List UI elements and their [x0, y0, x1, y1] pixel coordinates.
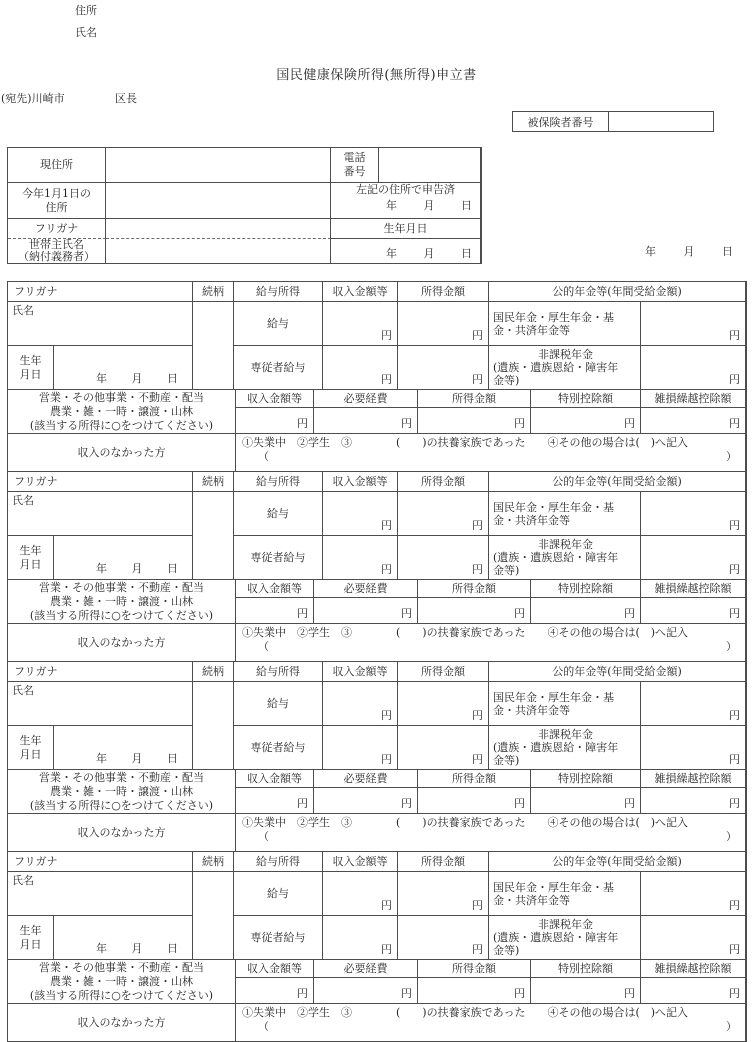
family-salary-earnings-amount: 円: [398, 726, 489, 770]
no-income-options: ①失業中 ②学生 ③ ( )の扶養家族であった ④その他の場合は( )へ記入: [242, 436, 739, 450]
day-label: 日: [167, 372, 178, 386]
business-expense-header: 必要経費: [314, 580, 418, 598]
income-amount-header: 収入金額等: [323, 662, 398, 682]
member-name-cell: 氏名: [8, 492, 193, 536]
public-pension-amount: 円: [641, 492, 746, 536]
yen-suffix: 円: [381, 329, 392, 343]
yen-suffix: 円: [729, 753, 740, 767]
business-expense-amount: 円: [314, 408, 418, 434]
yen-suffix: 円: [729, 899, 740, 913]
yen-suffix: 円: [381, 709, 392, 723]
yen-suffix: 円: [381, 519, 392, 533]
relation-value: [193, 682, 234, 770]
business-expense-header: 必要経費: [314, 770, 418, 788]
yen-suffix: 円: [514, 417, 525, 431]
family-salary-label: 専従者給与: [234, 916, 323, 960]
tax-exempt-pension-label: 非課税年金 (遺族・遺族恩給・障害年 金等): [489, 346, 641, 390]
addressee-role: 区長: [115, 92, 137, 106]
tax-exempt-pension-amount: 円: [641, 726, 746, 770]
business-income-amount: 円: [236, 408, 314, 434]
tax-exempt-pension-amount: 円: [641, 346, 746, 390]
business-income-amount: 円: [236, 978, 314, 1004]
relation-header: 続柄: [193, 662, 234, 682]
relation-header: 続柄: [193, 472, 234, 492]
birthdate-label: 生年 月日: [8, 726, 54, 770]
pension-header: 公的年金等(年間受給金額): [489, 852, 746, 872]
declared-at-left-address-cell: 左記の住所で申告済 年 月 日: [331, 183, 481, 219]
member-name-cell: 氏名: [8, 872, 193, 916]
yen-suffix: 円: [401, 417, 412, 431]
furigana-header: フリガナ: [8, 282, 193, 302]
form-date-line: 年 月 日: [645, 243, 733, 259]
yen-suffix: 円: [401, 987, 412, 1001]
business-earnings-amount: 円: [418, 788, 531, 814]
no-income-label: 収入のなかった方: [8, 1004, 236, 1021]
salary-income-header: 給与所得: [234, 282, 323, 302]
yen-suffix: 円: [729, 943, 740, 957]
day-label: 日: [461, 247, 472, 261]
income-amount-header: 収入金額等: [323, 472, 398, 492]
public-pension-label: 国民年金・厚生年金・基 金・共済年金等: [489, 492, 641, 536]
family-salary-earnings-amount: 円: [398, 916, 489, 960]
year-label: 年: [96, 372, 107, 386]
paren-close: ）: [726, 640, 737, 654]
salary-income-amount: 円: [323, 872, 398, 916]
business-income-label: 営業・その他事業・不動産・配当 農業・雑・一時・譲渡・山林 (該当する所得に○を…: [8, 960, 236, 1004]
no-income-options: ①失業中 ②学生 ③ ( )の扶養家族であった ④その他の場合は( )へ記入: [242, 816, 739, 830]
relation-value: [193, 302, 234, 390]
member-income-block: フリガナ 続柄 給与所得 収入金額等 所得金額 公的年金等(年間受給金額) 氏名…: [8, 282, 746, 472]
family-salary-earnings-amount: 円: [398, 536, 489, 580]
tax-exempt-pension-detail: (遺族・遺族恩給・障害年 金等): [493, 551, 638, 577]
year-label: 年: [96, 942, 107, 956]
no-income-options-cell: ①失業中 ②学生 ③ ( )の扶養家族であった ④その他の場合は( )へ記入 （…: [236, 624, 746, 662]
loss-carryover-amount: 円: [641, 788, 746, 814]
year-label: 年: [386, 247, 397, 261]
insured-number-value: [609, 112, 713, 131]
salary-income-header: 給与所得: [234, 472, 323, 492]
tax-exempt-pension-label: 非課税年金 (遺族・遺族恩給・障害年 金等): [489, 536, 641, 580]
yen-suffix: 円: [297, 987, 308, 1001]
yen-suffix: 円: [381, 373, 392, 387]
member-income-block: フリガナ 続柄 給与所得 収入金額等 所得金額 公的年金等(年間受給金額) 氏名…: [8, 852, 746, 1021]
family-salary-income-amount: 円: [323, 726, 398, 770]
business-income-amount-header: 収入金額等: [236, 390, 314, 408]
name-label: 氏名: [75, 26, 97, 40]
year-label: 年: [96, 752, 107, 766]
day-label: 日: [167, 752, 178, 766]
salary-income-header: 給与所得: [234, 852, 323, 872]
jan1-address-value: [106, 183, 331, 219]
special-deduction-header: 特別控除額: [531, 390, 641, 408]
salary-income-amount: 円: [323, 302, 398, 346]
month-label: 月: [132, 942, 143, 956]
tax-exempt-pension-title: 非課税年金: [493, 728, 638, 741]
phone-value: [379, 148, 481, 183]
no-income-options-cell: ①失業中 ②学生 ③ ( )の扶養家族であった ④その他の場合は( )へ記入 （…: [236, 1004, 746, 1021]
tax-exempt-pension-detail: (遺族・遺族恩給・障害年 金等): [493, 741, 638, 767]
yen-suffix: 円: [472, 373, 483, 387]
furigana-label: フリガナ: [8, 219, 106, 239]
business-expense-header: 必要経費: [314, 390, 418, 408]
yen-suffix: 円: [381, 899, 392, 913]
business-earnings-amount: 円: [418, 598, 531, 624]
yen-suffix: 円: [472, 329, 483, 343]
pension-header: 公的年金等(年間受給金額): [489, 282, 746, 302]
business-earnings-amount: 円: [418, 408, 531, 434]
family-salary-label: 専従者給与: [234, 536, 323, 580]
yen-suffix: 円: [729, 329, 740, 343]
no-income-label: 収入のなかった方: [8, 624, 236, 662]
yen-suffix: 円: [401, 607, 412, 621]
special-deduction-header: 特別控除額: [531, 580, 641, 598]
yen-suffix: 円: [624, 797, 635, 811]
business-income-amount: 円: [236, 788, 314, 814]
tax-exempt-pension-amount: 円: [641, 536, 746, 580]
current-address-value: [106, 148, 331, 183]
member-income-block: フリガナ 続柄 給与所得 収入金額等 所得金額 公的年金等(年間受給金額) 氏名…: [8, 662, 746, 852]
business-income-amount-header: 収入金額等: [236, 580, 314, 598]
earnings-header: 所得金額: [398, 662, 489, 682]
paren-close: ）: [726, 450, 737, 464]
birthdate-label: 生年 月日: [8, 916, 54, 960]
public-pension-amount: 円: [641, 872, 746, 916]
business-earnings-header: 所得金額: [418, 580, 531, 598]
no-income-writein: （ ）: [242, 640, 739, 654]
current-address-label: 現住所: [8, 148, 106, 183]
business-income-label: 営業・その他事業・不動産・配当 農業・雑・一時・譲渡・山林 (該当する所得に○を…: [8, 580, 236, 624]
day-label: 日: [461, 199, 472, 213]
family-salary-label: 専従者給与: [234, 346, 323, 390]
business-income-label: 営業・その他事業・不動産・配当 農業・雑・一時・譲渡・山林 (該当する所得に○を…: [8, 770, 236, 814]
addressee-prefix: (宛先)川崎市: [1, 92, 65, 106]
insured-number-box: 被保険者番号: [512, 111, 714, 132]
yen-suffix: 円: [472, 899, 483, 913]
birthdate-label: 生年 月日: [8, 536, 54, 580]
tax-exempt-pension-detail: (遺族・遺族恩給・障害年 金等): [493, 361, 638, 387]
public-pension-amount: 円: [641, 682, 746, 726]
month-label: 月: [684, 243, 695, 259]
birthdate-value: 年 月 日: [54, 726, 193, 770]
birthdate-value: 年 月 日: [54, 916, 193, 960]
form-page: { "page": { "address_label": "住所", "name…: [0, 0, 753, 1021]
furigana-header: フリガナ: [8, 852, 193, 872]
paren-open: （: [258, 640, 269, 654]
month-label: 月: [424, 199, 435, 213]
yen-suffix: 円: [472, 943, 483, 957]
special-deduction-amount: 円: [531, 598, 641, 624]
yen-suffix: 円: [472, 563, 483, 577]
business-income-label: 営業・その他事業・不動産・配当 農業・雑・一時・譲渡・山林 (該当する所得に○を…: [8, 390, 236, 434]
yen-suffix: 円: [381, 943, 392, 957]
salary-earnings-amount: 円: [398, 682, 489, 726]
applicant-table: 現住所 電話 番号 今年1月1日の 住所 左記の住所で申告済 年 月 日 フリガ…: [7, 147, 482, 264]
no-income-label: 収入のなかった方: [8, 434, 236, 472]
birthdate-label: 生年月日: [331, 219, 481, 239]
loss-carryover-header: 雑損繰越控除額: [641, 770, 746, 788]
no-income-writein: （ ）: [242, 830, 739, 844]
earnings-header: 所得金額: [398, 852, 489, 872]
tax-exempt-pension-detail: (遺族・遺族恩給・障害年 金等): [493, 931, 638, 957]
furigana-header: フリガナ: [8, 662, 193, 682]
form-title: 国民健康保険所得(無所得)申立書: [0, 64, 753, 83]
business-income-amount-header: 収入金額等: [236, 770, 314, 788]
salary-income-amount: 円: [323, 492, 398, 536]
paren-open: （: [258, 830, 269, 844]
special-deduction-header: 特別控除額: [531, 770, 641, 788]
income-amount-header: 収入金額等: [323, 852, 398, 872]
yen-suffix: 円: [381, 753, 392, 767]
business-income-amount-header: 収入金額等: [236, 960, 314, 978]
yen-suffix: 円: [729, 709, 740, 723]
month-label: 月: [132, 752, 143, 766]
birthdate-value: 年 月 日: [331, 239, 481, 264]
yen-suffix: 円: [514, 797, 525, 811]
business-earnings-header: 所得金額: [418, 960, 531, 978]
public-pension-label: 国民年金・厚生年金・基 金・共済年金等: [489, 682, 641, 726]
salary-label: 給与: [234, 682, 323, 726]
salary-earnings-amount: 円: [398, 302, 489, 346]
relation-header: 続柄: [193, 852, 234, 872]
yen-suffix: 円: [381, 563, 392, 577]
loss-carryover-amount: 円: [641, 408, 746, 434]
birthdate-value: 年 月 日: [54, 536, 193, 580]
special-deduction-header: 特別控除額: [531, 960, 641, 978]
yen-suffix: 円: [624, 417, 635, 431]
furigana-header: フリガナ: [8, 472, 193, 492]
address-label: 住所: [75, 4, 97, 18]
birthdate-value: 年 月 日: [54, 346, 193, 390]
no-income-label: 収入のなかった方: [8, 814, 236, 852]
member-name-cell: 氏名: [8, 302, 193, 346]
phone-label: 電話 番号: [331, 148, 379, 183]
business-earnings-amount: 円: [418, 978, 531, 1004]
salary-label: 給与: [234, 302, 323, 346]
year-label: 年: [386, 199, 397, 213]
pension-header: 公的年金等(年間受給金額): [489, 662, 746, 682]
birthdate-label: 生年 月日: [8, 346, 54, 390]
tax-exempt-pension-title: 非課税年金: [493, 538, 638, 551]
loss-carryover-amount: 円: [641, 978, 746, 1004]
member-name-cell: 氏名: [8, 682, 193, 726]
month-label: 月: [132, 372, 143, 386]
salary-income-amount: 円: [323, 682, 398, 726]
no-income-options: ①失業中 ②学生 ③ ( )の扶養家族であった ④その他の場合は( )へ記入: [242, 626, 739, 640]
yen-suffix: 円: [729, 519, 740, 533]
day-label: 日: [167, 942, 178, 956]
yen-suffix: 円: [472, 709, 483, 723]
month-label: 月: [132, 562, 143, 576]
business-earnings-header: 所得金額: [418, 770, 531, 788]
yen-suffix: 円: [729, 797, 740, 811]
insured-number-label: 被保険者番号: [513, 112, 609, 131]
business-expense-amount: 円: [314, 978, 418, 1004]
tax-exempt-pension-label: 非課税年金 (遺族・遺族恩給・障害年 金等): [489, 916, 641, 960]
pension-header: 公的年金等(年間受給金額): [489, 472, 746, 492]
salary-earnings-amount: 円: [398, 492, 489, 536]
earnings-header: 所得金額: [398, 472, 489, 492]
yen-suffix: 円: [514, 987, 525, 1001]
month-label: 月: [424, 247, 435, 261]
public-pension-amount: 円: [641, 302, 746, 346]
business-expense-amount: 円: [314, 788, 418, 814]
paren-close: ）: [726, 830, 737, 844]
yen-suffix: 円: [297, 417, 308, 431]
householder-value: [106, 239, 331, 264]
public-pension-label: 国民年金・厚生年金・基 金・共済年金等: [489, 302, 641, 346]
householder-label: 世帯主氏名 （納付義務者）: [8, 239, 106, 264]
income-blocks: フリガナ 続柄 給与所得 収入金額等 所得金額 公的年金等(年間受給金額) 氏名…: [7, 281, 747, 1021]
salary-label: 給与: [234, 872, 323, 916]
tax-exempt-pension-title: 非課税年金: [493, 348, 638, 361]
yen-suffix: 円: [729, 373, 740, 387]
yen-suffix: 円: [624, 607, 635, 621]
yen-suffix: 円: [472, 519, 483, 533]
yen-suffix: 円: [297, 797, 308, 811]
public-pension-label: 国民年金・厚生年金・基 金・共済年金等: [489, 872, 641, 916]
yen-suffix: 円: [514, 607, 525, 621]
relation-header: 続柄: [193, 282, 234, 302]
loss-carryover-header: 雑損繰越控除額: [641, 390, 746, 408]
day-label: 日: [722, 243, 733, 259]
yen-suffix: 円: [624, 987, 635, 1001]
year-label: 年: [645, 243, 656, 259]
business-income-amount: 円: [236, 598, 314, 624]
yen-suffix: 円: [729, 607, 740, 621]
yen-suffix: 円: [472, 753, 483, 767]
family-salary-earnings-amount: 円: [398, 346, 489, 390]
business-expense-header: 必要経費: [314, 960, 418, 978]
business-expense-amount: 円: [314, 598, 418, 624]
no-income-writein: （ ）: [242, 450, 739, 464]
yen-suffix: 円: [729, 563, 740, 577]
loss-carryover-header: 雑損繰越控除額: [641, 960, 746, 978]
no-income-options: ①失業中 ②学生 ③ ( )の扶養家族であった ④その他の場合は( )へ記入: [242, 1006, 739, 1020]
declared-note: 左記の住所で申告済: [331, 183, 480, 197]
salary-income-header: 給与所得: [234, 662, 323, 682]
tax-exempt-pension-title: 非課税年金: [493, 918, 638, 931]
loss-carryover-amount: 円: [641, 598, 746, 624]
relation-value: [193, 492, 234, 580]
furigana-value: [106, 219, 331, 239]
paren-open: （: [258, 450, 269, 464]
relation-value: [193, 872, 234, 960]
business-earnings-header: 所得金額: [418, 390, 531, 408]
family-salary-income-amount: 円: [323, 916, 398, 960]
no-income-options-cell: ①失業中 ②学生 ③ ( )の扶養家族であった ④その他の場合は( )へ記入 （…: [236, 434, 746, 472]
declared-date: 年 月 日: [331, 197, 480, 214]
day-label: 日: [167, 562, 178, 576]
salary-label: 給与: [234, 492, 323, 536]
no-income-options-cell: ①失業中 ②学生 ③ ( )の扶養家族であった ④その他の場合は( )へ記入 （…: [236, 814, 746, 852]
member-income-block: フリガナ 続柄 給与所得 収入金額等 所得金額 公的年金等(年間受給金額) 氏名…: [8, 472, 746, 662]
special-deduction-amount: 円: [531, 788, 641, 814]
family-salary-income-amount: 円: [323, 346, 398, 390]
yen-suffix: 円: [297, 607, 308, 621]
yen-suffix: 円: [729, 987, 740, 1001]
yen-suffix: 円: [401, 797, 412, 811]
family-salary-income-amount: 円: [323, 536, 398, 580]
family-salary-label: 専従者給与: [234, 726, 323, 770]
tax-exempt-pension-label: 非課税年金 (遺族・遺族恩給・障害年 金等): [489, 726, 641, 770]
earnings-header: 所得金額: [398, 282, 489, 302]
salary-earnings-amount: 円: [398, 872, 489, 916]
loss-carryover-header: 雑損繰越控除額: [641, 580, 746, 598]
income-amount-header: 収入金額等: [323, 282, 398, 302]
special-deduction-amount: 円: [531, 408, 641, 434]
special-deduction-amount: 円: [531, 978, 641, 1004]
tax-exempt-pension-amount: 円: [641, 916, 746, 960]
jan1-address-label: 今年1月1日の 住所: [8, 183, 106, 219]
year-label: 年: [96, 562, 107, 576]
yen-suffix: 円: [729, 417, 740, 431]
